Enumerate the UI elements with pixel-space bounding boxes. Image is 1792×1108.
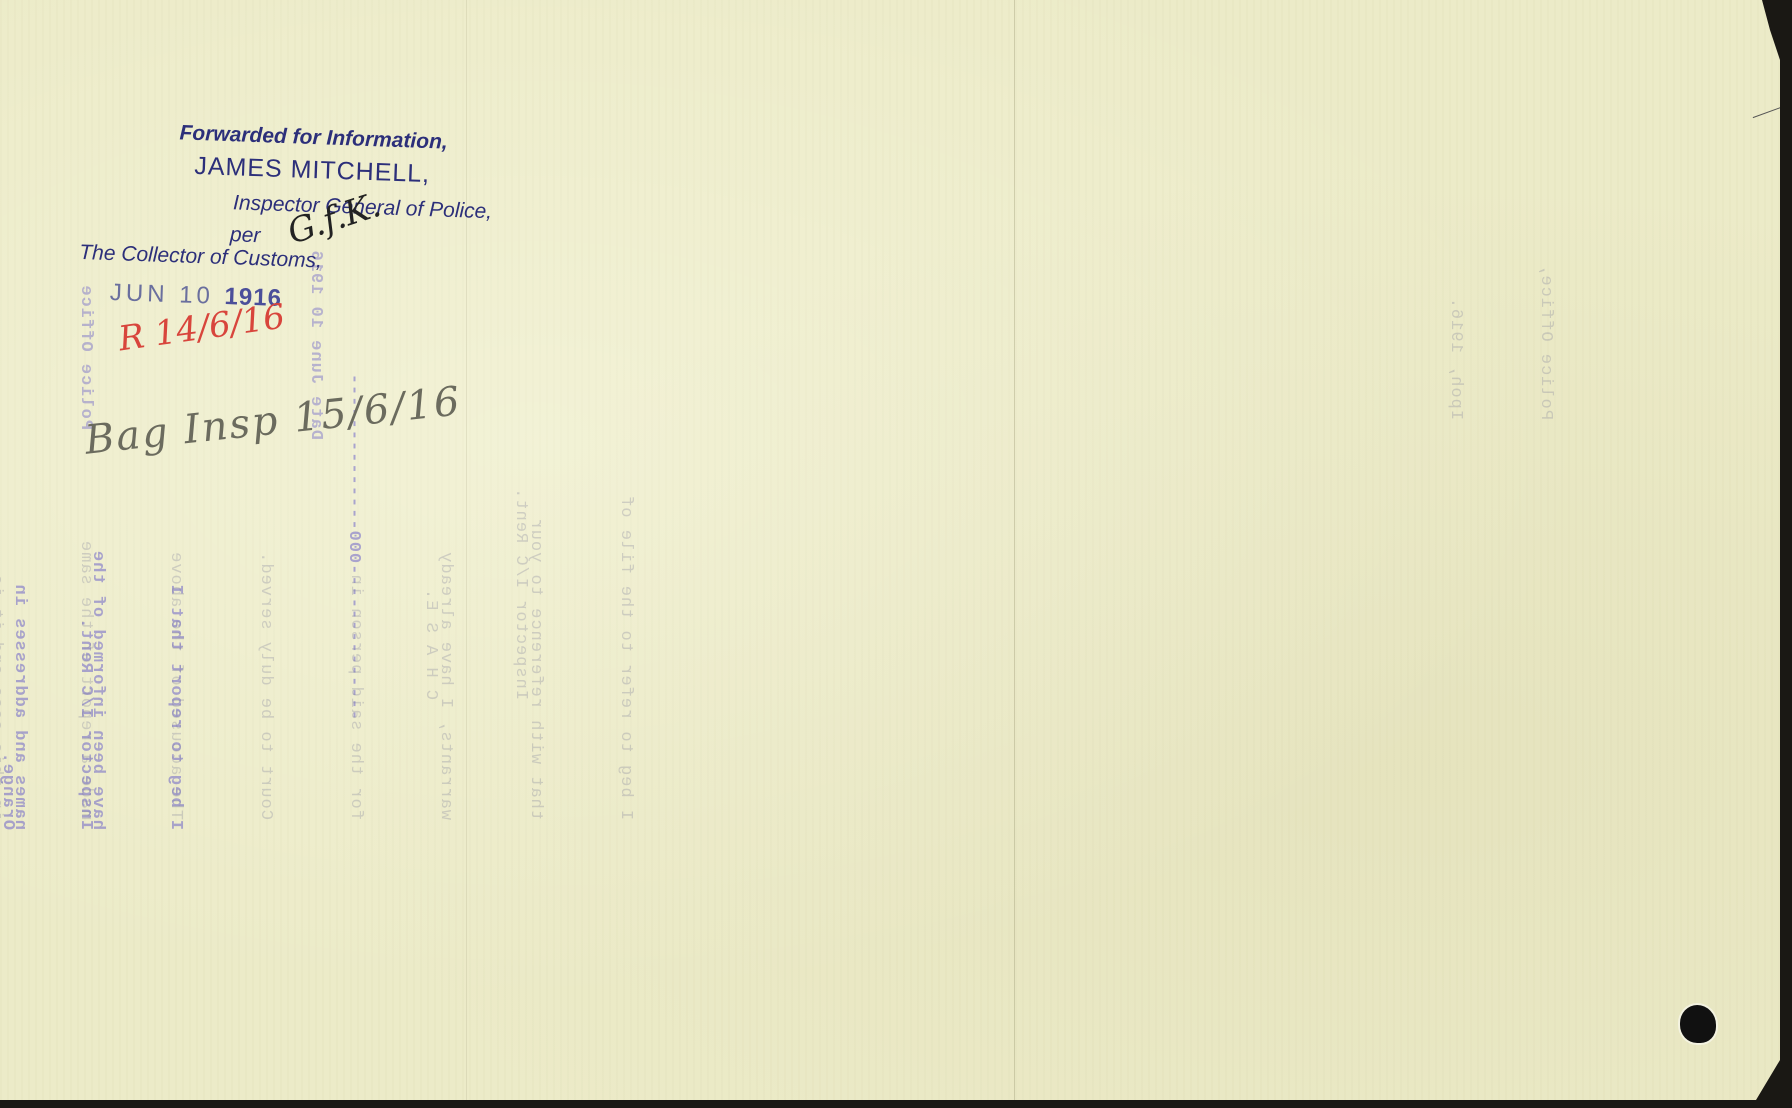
bleed-through-top-right: Police Office, Ipoh, 1916. bbox=[1380, 263, 1620, 420]
punch-hole bbox=[1680, 1005, 1716, 1043]
date-stamp-month-day: JUN 10 bbox=[109, 279, 214, 310]
stamp-per: per bbox=[230, 223, 261, 248]
fold-line bbox=[1014, 0, 1015, 1100]
stamp-forwarded-line: Forwarded for Information, bbox=[179, 121, 448, 154]
bleed-through-signature: Inspector I/C Rent. C H A S E. bbox=[355, 487, 595, 700]
stamp-addressee: The Collector of Customs, bbox=[79, 241, 322, 273]
document-page: Inspector I/C Rent. Orange. I beg to rep… bbox=[0, 0, 1780, 1100]
bleed-through-body: I beg to refer to the file of that with … bbox=[0, 495, 700, 820]
binding-thread bbox=[1753, 107, 1782, 118]
forwarding-stamp: Forwarded for Information, JAMES MITCHEL… bbox=[84, 118, 504, 133]
stamp-name: JAMES MITCHELL, bbox=[194, 152, 431, 189]
